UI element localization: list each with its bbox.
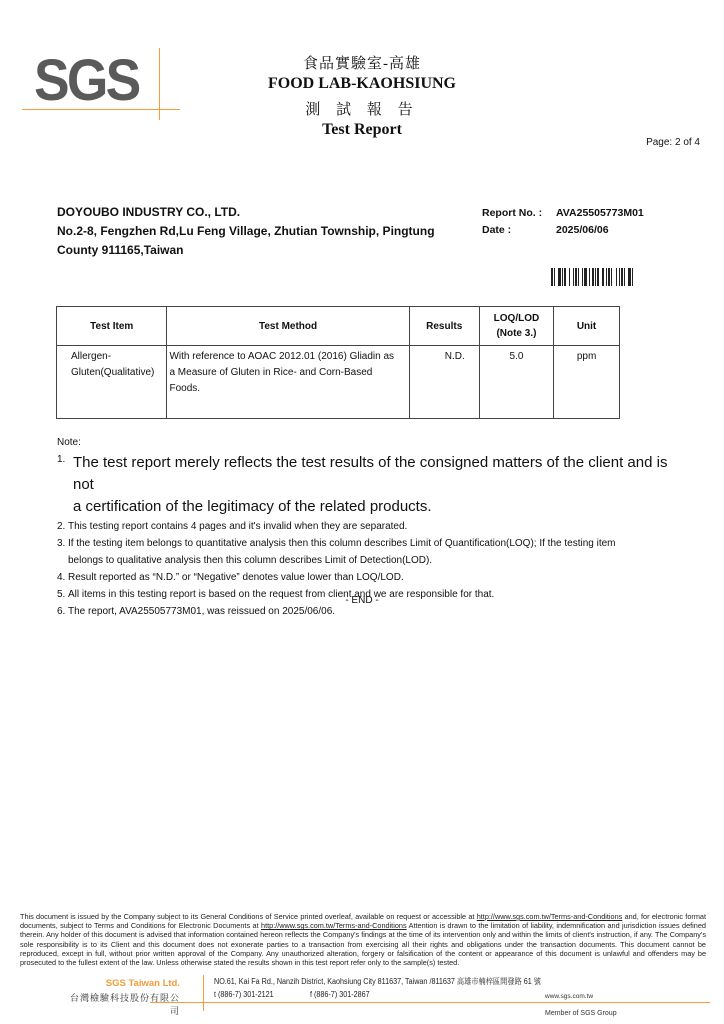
note-text: a certification of the legitimacy of the…	[73, 496, 687, 518]
cell-result: N.D.	[409, 346, 479, 419]
note-text: Result reported as “N.D.” or “Negative” …	[68, 569, 404, 586]
report-title-cn: 測 試 報 告	[200, 98, 524, 119]
note-text: This testing report contains 4 pages and…	[68, 518, 407, 535]
test-method-line3: Foods.	[169, 381, 404, 397]
cell-loq: 5.0	[479, 346, 553, 419]
lab-name-cn: 食品實驗室-高雄	[200, 52, 524, 73]
header-test-item: Test Item	[57, 307, 167, 346]
page-number: Page: 2 of 4	[646, 137, 700, 148]
client-address-line1: No.2-8, Fengzhen Rd,Lu Feng Village, Zhu…	[57, 222, 435, 241]
table-header-row: Test Item Test Method Results LOQ/LOD (N…	[57, 307, 620, 346]
report-no-value: AVA25505773M01	[556, 205, 644, 222]
report-no-row: Report No. : AVA25505773M01	[482, 205, 644, 222]
header-unit: Unit	[554, 307, 620, 346]
disclaimer-text: This document is issued by the Company s…	[20, 912, 477, 921]
client-info: DOYOUBO INDUSTRY CO., LTD. No.2-8, Fengz…	[57, 203, 435, 260]
client-address-line2: County 911165,Taiwan	[57, 241, 435, 260]
legal-disclaimer: This document is issued by the Company s…	[20, 912, 706, 967]
report-no-label: Report No. :	[482, 205, 556, 222]
company-block: SGS Taiwan Ltd. 台灣檢驗科技股份有限公司	[70, 978, 180, 1017]
end-marker: - END -	[0, 595, 724, 606]
logo-horizontal-rule	[22, 109, 180, 110]
note-item: 1. The test report merely reflects the t…	[57, 452, 687, 518]
footer-horizontal-rule	[150, 1002, 710, 1003]
company-name-en: SGS Taiwan Ltd.	[70, 978, 180, 989]
date-row: Date : 2025/06/06	[482, 222, 644, 239]
company-phone: t (886-7) 301-2121	[214, 990, 274, 999]
lab-name-en: FOOD LAB-KAOHSIUNG	[200, 75, 524, 93]
company-website[interactable]: www.sgs.com.tw	[545, 993, 593, 1000]
sgs-logo: SGS	[22, 48, 182, 120]
header-test-method: Test Method	[167, 307, 409, 346]
footer-vertical-rule	[203, 975, 204, 1011]
barcode	[551, 268, 667, 286]
date-label: Date :	[482, 222, 556, 239]
note-number: 2.	[57, 518, 68, 535]
company-name-cn: 台灣檢驗科技股份有限公司	[70, 991, 180, 1017]
header-loq-line1: LOQ/LOD	[481, 311, 552, 326]
company-address: NO.61, Kai Fa Rd., Nanzih District, Kaoh…	[214, 976, 541, 987]
header-results: Results	[409, 307, 479, 346]
test-item-line1: Allergen-	[71, 349, 162, 365]
note-number: 1.	[57, 452, 73, 518]
test-item-line2: Gluten(Qualitative)	[71, 365, 162, 381]
company-fax: f (886-7) 301-2867	[310, 990, 370, 999]
note-item: 3. If the testing item belongs to quanti…	[57, 535, 687, 569]
notes-title: Note:	[57, 437, 81, 448]
cell-unit: ppm	[554, 346, 620, 419]
note-item: 4. Result reported as “N.D.” or “Negativ…	[57, 569, 687, 586]
terms-link-electronic[interactable]: http://www.sgs.com.tw/Terms-and-Conditio…	[261, 921, 407, 930]
results-table: Test Item Test Method Results LOQ/LOD (N…	[56, 306, 620, 419]
note-text: belongs to qualitative analysis then thi…	[68, 552, 616, 569]
terms-link[interactable]: http://www.sgs.com.tw/Terms-and-Conditio…	[477, 912, 623, 921]
date-value: 2025/06/06	[556, 222, 609, 239]
note-item: 2. This testing report contains 4 pages …	[57, 518, 687, 535]
report-meta: Report No. : AVA25505773M01 Date : 2025/…	[482, 205, 644, 239]
note-text: The test report merely reflects the test…	[73, 452, 687, 496]
cell-test-method: With reference to AOAC 2012.01 (2016) Gl…	[167, 346, 409, 419]
cell-test-item: Allergen- Gluten(Qualitative)	[57, 346, 167, 419]
note-number: 3.	[57, 535, 68, 569]
logo-vertical-rule	[159, 48, 160, 120]
test-method-line1: With reference to AOAC 2012.01 (2016) Gl…	[169, 349, 404, 365]
member-of-sgs-group: Member of SGS Group	[545, 1010, 617, 1017]
header-loq-line2: (Note 3.)	[481, 326, 552, 341]
table-row: Allergen- Gluten(Qualitative) With refer…	[57, 346, 620, 419]
logo-text: SGS	[34, 52, 138, 110]
note-text: If the testing item belongs to quantitat…	[68, 535, 616, 552]
note-number: 4.	[57, 569, 68, 586]
test-method-line2: a Measure of Gluten in Rice- and Corn-Ba…	[169, 365, 404, 381]
report-title-en: Test Report	[200, 121, 524, 139]
client-name: DOYOUBO INDUSTRY CO., LTD.	[57, 203, 435, 222]
header-loq-lod: LOQ/LOD (Note 3.)	[479, 307, 553, 346]
